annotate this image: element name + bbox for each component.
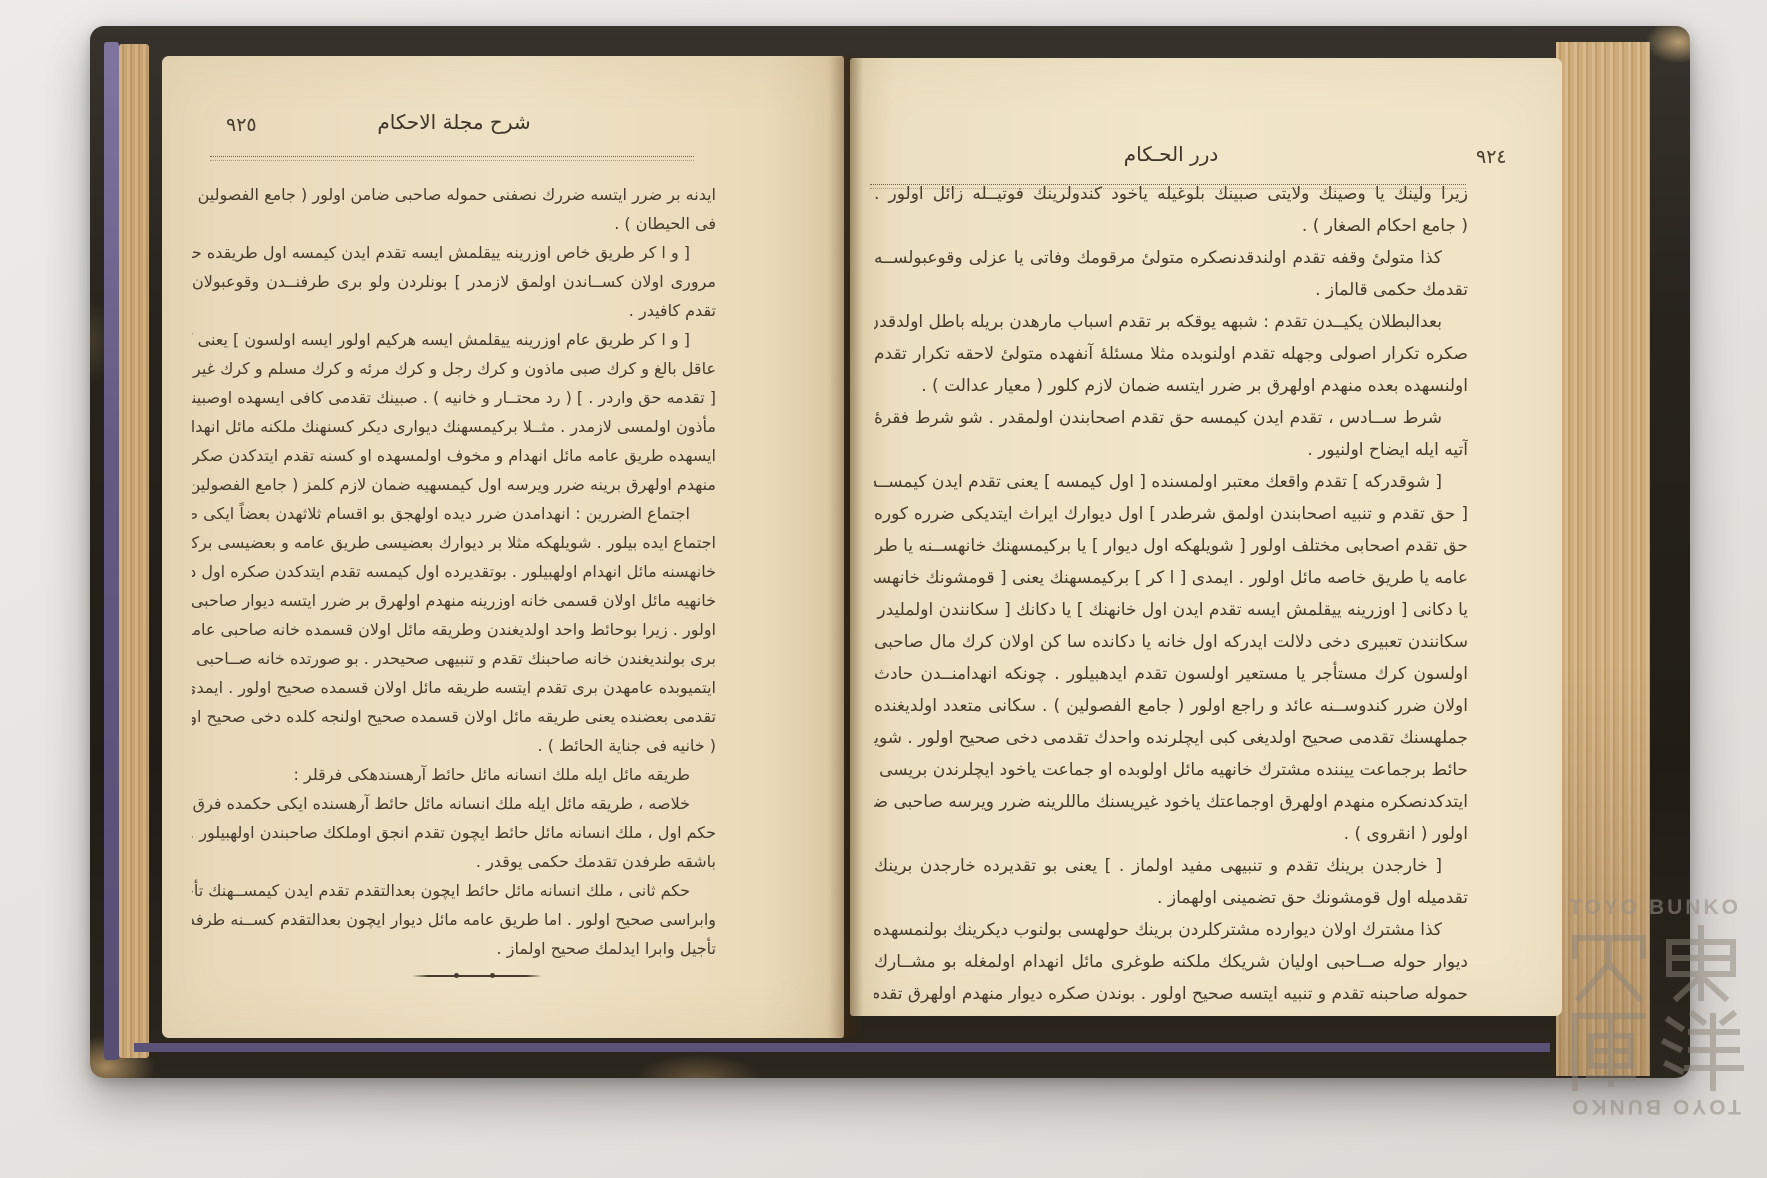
- text-line: باشقه طرفدن تقدمك حكمى يوقدر .: [192, 847, 716, 876]
- text-line: عاقل بالغ و كرك صبى ماذون و كرك رجل و كر…: [192, 354, 716, 383]
- text-line: ايتميوبده عامهدن برى تقدم ايتسه طريقه ما…: [192, 673, 716, 702]
- text-line: اجتماع الضررين : انهدامدن ضرر ديده اولهج…: [192, 499, 716, 528]
- text-line: كذا مشترك اولان ديوارده مشتركلردن برينك …: [874, 914, 1468, 946]
- text-line: ديوار حوله صــاحبى اوليان شريكك ملكنه طو…: [874, 946, 1468, 978]
- left-running-title: شرح مجلة الاحكام: [192, 110, 716, 134]
- text-line: ايدنه بر ضرر ايتسه ضررك نصفنى حموله صاحب…: [192, 180, 716, 209]
- text-line: آتيه ايله ايضاح اولنيور .: [874, 434, 1468, 466]
- endpaper-edge-left: [104, 42, 119, 1060]
- text-line: صكره تكرار اصولى وجهله تقدم اولنوبده مثل…: [874, 338, 1468, 370]
- text-line: شرط ســادس ، تقدم ايدن كيمسه حق تقدم اصح…: [874, 402, 1468, 434]
- right-running-title: درر الحـكام: [874, 142, 1468, 166]
- left-page-text: ايدنه بر ضرر ايتسه ضررك نصفنى حموله صاحب…: [192, 180, 716, 963]
- page-edges-left: [119, 44, 149, 1058]
- text-line: مأذون اولمسى لازمدر . مثــلا بركيمسهنك د…: [192, 412, 716, 441]
- text-line: تقدميله اول قومشونك حق تضمينى اولهماز .: [874, 882, 1468, 914]
- text-line: خانهيه مائل اولان قسمى خانه اوزرينه منهد…: [192, 586, 716, 615]
- page-edges-fore: [1556, 42, 1650, 1076]
- text-line: خلاصه ، طريقه مائل ايله ملك انسانه مائل …: [192, 789, 716, 818]
- divider-dot: [490, 973, 495, 978]
- text-line: خانهسنه مائل انهدام اولهبيلور . بوتقديرد…: [192, 557, 716, 586]
- text-line: اولور ( انقروى ) .: [874, 818, 1468, 850]
- divider-dot: [454, 973, 459, 978]
- text-line: تقدمك حكمى قالماز .: [874, 274, 1468, 306]
- text-line: فى الحيطان ) .: [192, 209, 716, 238]
- text-line: حكم اول ، ملك انسانه مائل حائط ايچون تقد…: [192, 818, 716, 847]
- text-line: [ و ا كر طريق خاص اوزرينه ييقلمش ايسه تق…: [192, 238, 716, 267]
- text-line: بعدالبطلان يكيــدن تقدم : شبهه يوقكه بر …: [874, 306, 1468, 338]
- section-divider-ornament: [412, 972, 542, 980]
- text-line: حموله صاحبنه تقدم و تنبيه ايتسه صحيح اول…: [874, 978, 1468, 1010]
- text-line: عامه يا طريق خاصه مائل اولور . ايمدى [ ا…: [874, 562, 1468, 594]
- text-line: [ خارجدن برينك تقدم و تنبيهى مفيد اولماز…: [874, 850, 1468, 882]
- text-line: سكانندن تعبيرى دخى دلالت ايدركه اول خانه…: [874, 626, 1468, 658]
- left-header-rule: [210, 156, 694, 161]
- text-line: [ حق تقدم و تنبيه اصحابندن اولمق شرطدر ]…: [874, 498, 1468, 530]
- text-line: تقدمى بعضنده يعنى طريقه مائل اولان قسمده…: [192, 702, 716, 731]
- divider-line: [412, 975, 542, 977]
- text-line: طريقه مائل ايله ملك انسانه مائل حائط آره…: [192, 760, 716, 789]
- right-page: ٩٢٤ درر الحـكام زيرا ولينك يا وصينك ولاي…: [850, 58, 1562, 1016]
- text-line: وابراسى صحيح اولور . اما طريق عامه مائل …: [192, 905, 716, 934]
- endpaper-edge-bottom: [134, 1043, 1550, 1052]
- text-line: اولان ضرر كندوســنه عائد و راجع اولور ( …: [874, 690, 1468, 722]
- text-line: ( خانيه فى جناية الحائط ) .: [192, 731, 716, 760]
- text-line: كذا متولىٔ وقفه تقدم اولندقدنصكره متولىٔ…: [874, 242, 1468, 274]
- text-line: [ و ا كر طريق عام اوزرينه ييقلمش ايسه هر…: [192, 325, 716, 354]
- text-line: تأجيل وابرا ايدلمك صحيح اولماز .: [192, 934, 716, 963]
- right-page-text: زيرا ولينك يا وصينك ولايتى صبينك بلوغيله…: [874, 178, 1468, 1010]
- text-line: [ تقدمه حق واردر . ] ( رد محتــار و خاني…: [192, 383, 716, 412]
- gutter-shadow: [828, 56, 862, 1038]
- text-line: مرورى اولان كســاندن اولمق لازمدر ] بونل…: [192, 267, 716, 296]
- text-line: جملهسنك تقدمى صحيح اولديغى كبى ايچلرنده …: [874, 722, 1468, 754]
- text-line: اولور . زيرا بوحائط واحد اولديغندن وطريق…: [192, 615, 716, 644]
- text-line: اولنسهده بعده منهدم اولهرق بر ضرر ايتسه …: [874, 370, 1468, 402]
- right-page-number: ٩٢٤: [1476, 146, 1507, 168]
- book-photo: ٩٢٥ شرح مجلة الاحكام ايدنه بر ضرر ايتسه …: [0, 0, 1767, 1178]
- text-line: اولسون كرك مستأجر يا مستعير اولسون تقدم …: [874, 658, 1468, 690]
- text-line: [ شوقدركه ] تقدم واقعك معتبر اولمسنده [ …: [874, 466, 1468, 498]
- text-line: حكم ثانى ، ملك انسانه مائل حائط ايچون بع…: [192, 876, 716, 905]
- left-page: ٩٢٥ شرح مجلة الاحكام ايدنه بر ضرر ايتسه …: [162, 56, 844, 1038]
- text-line: يا دكانى [ اوزرينه ييقلمش ايسه تقدم ايدن…: [874, 594, 1468, 626]
- text-line: منهدم اولهرق برينه ضرر ويرسه اول كيمسهيه…: [192, 470, 716, 499]
- text-line: حق تقدم اصحابى مختلف اولور [ شويلهكه اول…: [874, 530, 1468, 562]
- text-line: زيرا ولينك يا وصينك ولايتى صبينك بلوغيله…: [874, 178, 1468, 210]
- open-book: ٩٢٥ شرح مجلة الاحكام ايدنه بر ضرر ايتسه …: [90, 26, 1690, 1078]
- text-line: ايسهده طريق عامه مائل انهدام و مخوف اولم…: [192, 441, 716, 470]
- text-line: برى بولنديغندن خانه صاحبنك تقدم و تنبيهى…: [192, 644, 716, 673]
- watermark-text-bottom: TOYO BUNKO: [1542, 1094, 1767, 1118]
- text-line: ايتدكدنصكره منهدم اولهرق اوجماعتك ياخود …: [874, 786, 1468, 818]
- text-line: حائط برجماعت ييننده مشترك خانهيه مائل او…: [874, 754, 1468, 786]
- text-line: اجتماع ايده بيلور . شويلهكه مثلا بر ديوا…: [192, 528, 716, 557]
- text-line: ( جامع احكام الصغار ) .: [874, 210, 1468, 242]
- text-line: تقدم كافيدر .: [192, 296, 716, 325]
